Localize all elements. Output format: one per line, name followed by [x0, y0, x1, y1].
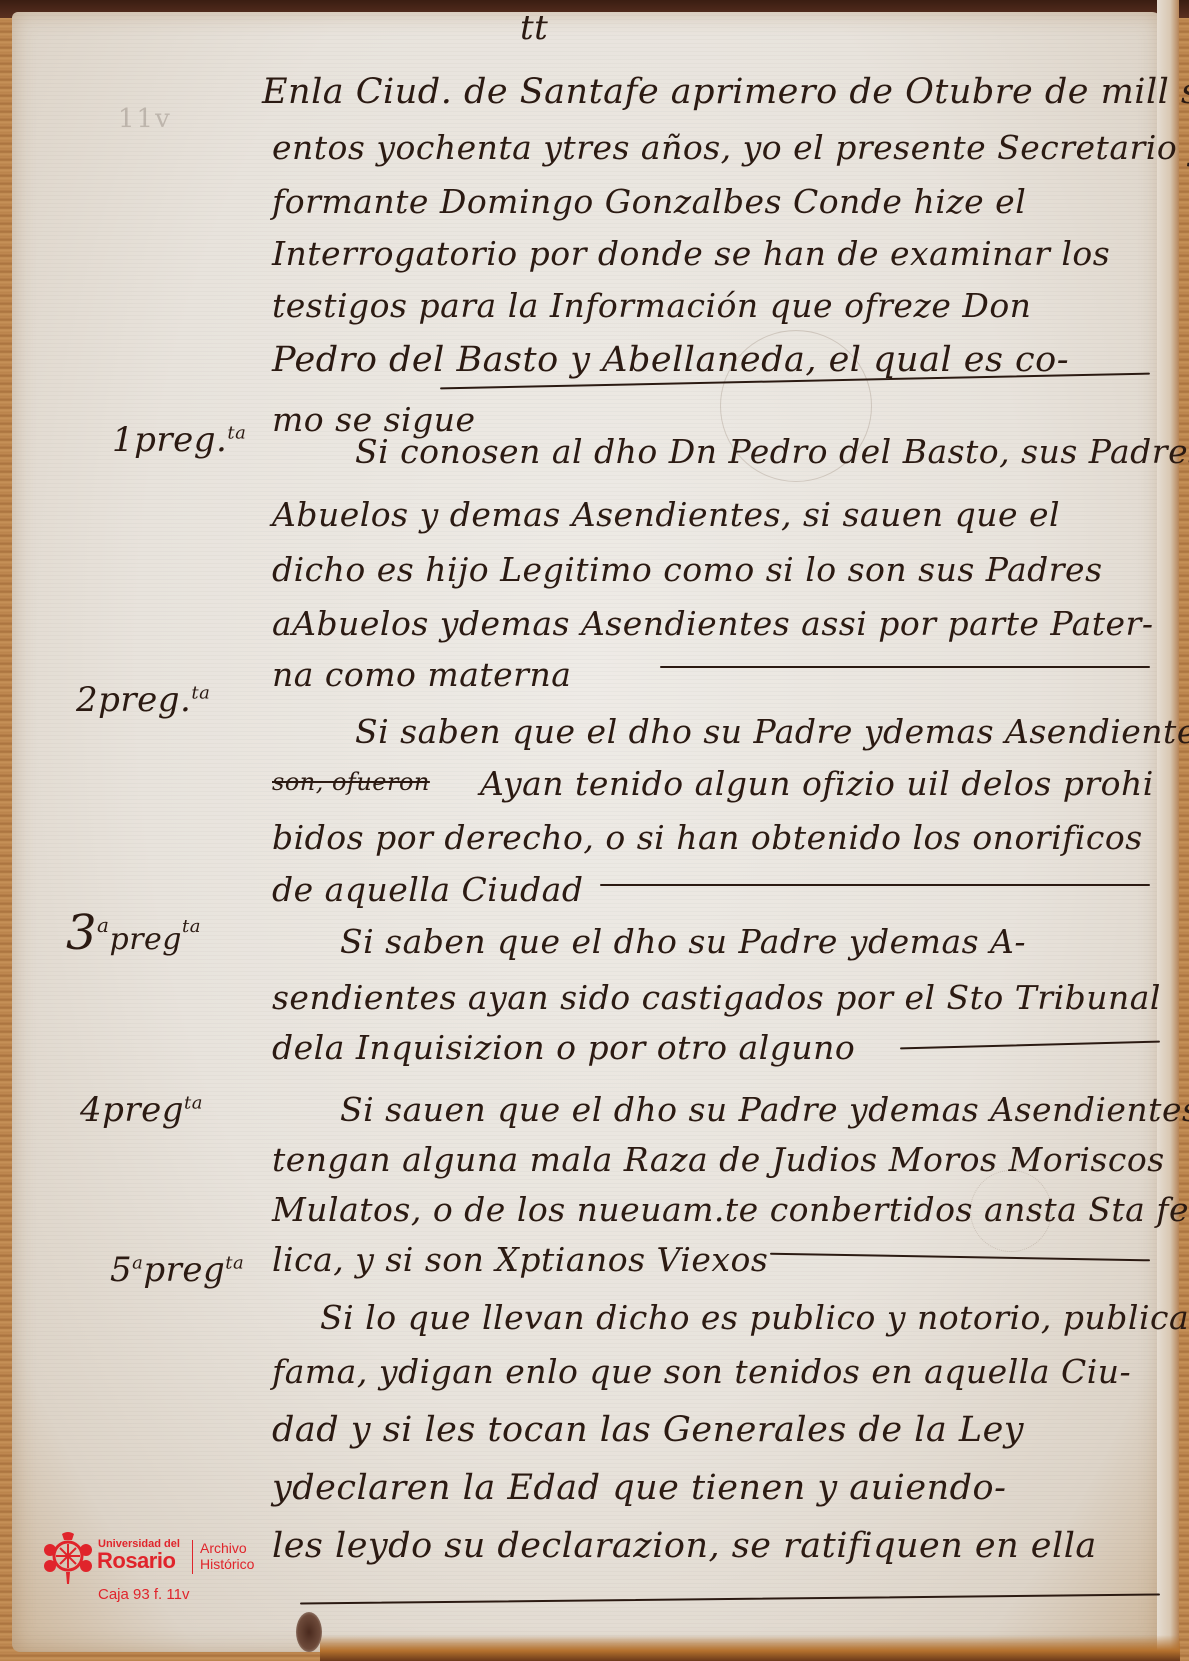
question-label-3: 3apregta — [66, 905, 201, 961]
question-5-line: dad y si les tocan las Generales de la L… — [272, 1410, 1024, 1450]
question-3-line: sendientes ayan sido castigados por el S… — [272, 978, 1161, 1017]
page-right-edge — [1157, 0, 1179, 1661]
question-5-line: ydeclaren la Edad que tienen y auiendo- — [272, 1468, 1006, 1508]
question-label-1: 1preg.ta — [112, 420, 246, 460]
archive-line-1: Archivo — [200, 1540, 247, 1556]
struck-out-text: son, ofueron — [272, 768, 430, 796]
question-4-line: Mulatos, o de los nueuam.te conbertidos … — [272, 1190, 1189, 1229]
question-2-line: de aquella Ciudad — [272, 870, 583, 909]
faint-folio-number: 11v — [118, 104, 172, 134]
ink-blot — [296, 1612, 322, 1652]
section-rule — [660, 666, 1150, 668]
question-4-line: Si sauen que el dho su Padre ydemas Asen… — [340, 1090, 1189, 1129]
question-1-line: aAbuelos ydemas Asendientes assi por par… — [272, 604, 1154, 643]
question-4-line: lica, y si son Xptianos Viexos — [272, 1240, 768, 1279]
question-label-4: 4pregta — [80, 1090, 203, 1130]
university-crest-icon — [42, 1530, 94, 1586]
question-5-line: Si lo que llevan dicho es publico y noto… — [320, 1298, 1189, 1337]
question-1-line: Abuelos y demas Asendientes, si sauen qu… — [272, 495, 1060, 534]
archive-reference: Caja 93 f. 11v — [98, 1586, 189, 1603]
question-3-line: dela Inquisizion o por otro alguno — [272, 1028, 855, 1067]
question-2-line: Si saben que el dho su Padre ydemas Asen… — [355, 712, 1189, 751]
question-label-5: 5apregta — [110, 1250, 244, 1290]
question-3-line: Si saben que el dho su Padre ydemas A- — [340, 922, 1026, 961]
question-5-line: les leydo su declarazion, se ratifiquen … — [272, 1526, 1097, 1566]
archive-watermark: Universidad del Rosario Archivo Históric… — [40, 1528, 290, 1608]
question-4-line: tengan alguna mala Raza de Judios Moros … — [272, 1140, 1165, 1179]
archive-line-2: Histórico — [200, 1556, 254, 1572]
question-label-2: 2preg.ta — [76, 680, 210, 720]
intro-line: Pedro del Basto y Abellaneda, el qual es… — [272, 340, 1069, 380]
intro-line: testigos para la Información que ofreze … — [272, 286, 1031, 325]
question-5-line: fama, ydigan enlo que son tenidos en aqu… — [272, 1352, 1131, 1391]
question-2-line: bidos por derecho, o si han obtenido los… — [272, 818, 1143, 857]
question-1-line: Si conosen al dho Dn Pedro del Basto, su… — [355, 432, 1189, 471]
top-flourish: tt — [520, 8, 548, 48]
institution-line-2: Rosario — [97, 1548, 175, 1574]
question-2-line: Ayan tenido algun ofizio uil delos prohi — [480, 764, 1154, 803]
intro-line: Enla Ciud. de Santafe aprimero de Otubre… — [262, 72, 1189, 112]
page-burnt-bottom-edge — [320, 1635, 1180, 1661]
question-1-line: dicho es hijo Legitimo como si lo son su… — [272, 550, 1103, 589]
intro-line: formante Domingo Gonzalbes Conde hize el — [272, 182, 1026, 221]
intro-line: Interrogatorio por donde se han de exami… — [272, 234, 1110, 273]
question-1-line: na como materna — [272, 655, 571, 694]
intro-line: entos yochenta ytres años, yo el present… — [272, 128, 1189, 167]
logo-divider — [192, 1540, 193, 1574]
section-rule — [600, 884, 1150, 886]
